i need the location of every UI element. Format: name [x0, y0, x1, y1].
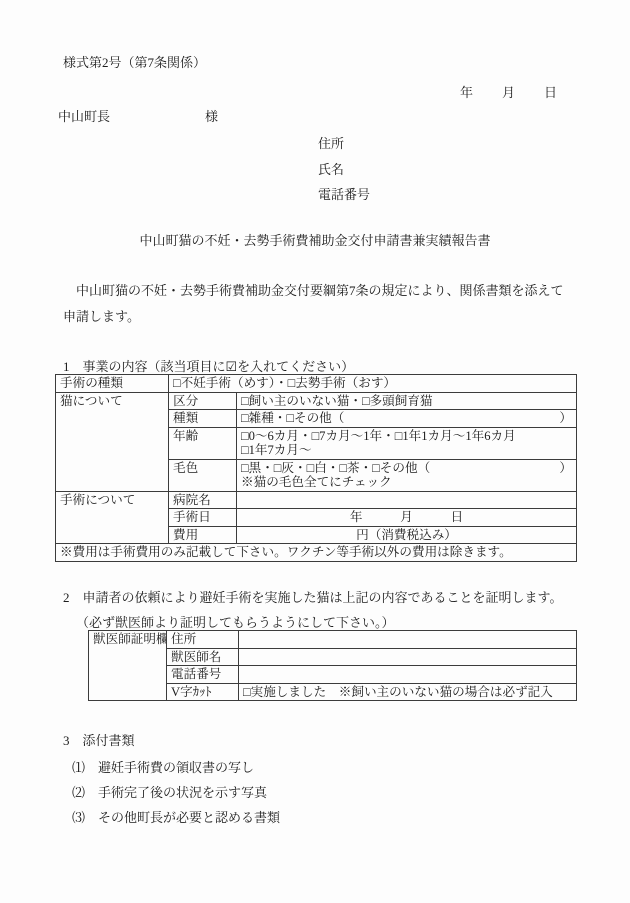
table-row: 手術について 病院名 [56, 491, 577, 509]
table-row: 獣医師証明欄 住所 [89, 631, 577, 649]
applicant-address-label: 住所 [318, 131, 370, 157]
cat-breed-close-paren: ） [559, 411, 572, 426]
surgery-group-label: 手術について [56, 491, 169, 544]
project-details-table: 手術の種類 □不妊手術（めす）・□去勢手術（おす） 猫について 区分 □飼い主の… [55, 374, 577, 562]
cat-breed-options: □雑種・□その他（ ） [237, 410, 577, 428]
addressee-name: 中山町長 [58, 109, 110, 124]
cat-color-label: 毛色 [169, 459, 237, 491]
addressee-line: 中山町長様 [58, 106, 218, 125]
table-row: ※費用は手術費用のみ記載して下さい。ワクチン等手術以外の費用は除きます。 [56, 544, 577, 562]
cost-footnote: ※費用は手術費用のみ記載して下さい。ワクチン等手術以外の費用は除きます。 [56, 544, 577, 562]
attachment-item-1: ⑴ 避妊手術費の領収書の写し [72, 755, 280, 780]
cat-color-options-text: □黒・□灰・□白・□茶・□その他（ [241, 461, 430, 476]
cat-group-label: 猫について [56, 392, 169, 491]
cat-breed-label: 種類 [169, 410, 237, 428]
surgery-date-label: 手術日 [169, 509, 237, 527]
form-number: 様式第2号（第7条関係） [63, 52, 206, 71]
attachment-item-2: ⑵ 手術完了後の状況を示す写真 [72, 780, 280, 805]
cost-label: 費用 [169, 526, 237, 544]
vet-certification-table: 獣医師証明欄 住所 獣医師名 電話番号 V字ｶｯﾄ □実施しました ※飼い主のい… [88, 630, 577, 701]
cat-color-note: ※猫の毛色全てにチェック [241, 475, 572, 490]
applicant-fields: 住所 氏名 電話番号 [318, 131, 370, 208]
cat-category-label: 区分 [169, 392, 237, 410]
attachments-list: ⑴ 避妊手術費の領収書の写し ⑵ 手術完了後の状況を示す写真 ⑶ その他町長が必… [72, 755, 280, 830]
cat-breed-options-text: □雑種・□その他（ [241, 411, 344, 426]
intro-paragraph: 中山町猫の不妊・去勢手術費補助金交付要綱第7条の規定により、関係書類を添えて申請… [63, 278, 575, 329]
cat-age-label: 年齢 [169, 427, 237, 459]
vet-address-label: 住所 [167, 631, 239, 649]
section3-heading: 3 添付書類 [63, 730, 135, 749]
attachment-item-3: ⑶ その他町長が必要と認める書類 [72, 805, 280, 830]
vet-phone-value [239, 666, 577, 684]
surgery-date-value: 年 月 日 [237, 509, 577, 527]
cost-value: 円（消費税込み） [237, 526, 577, 544]
hospital-name-value [237, 491, 577, 509]
surgery-type-label: 手術の種類 [56, 375, 169, 393]
vet-address-value [239, 631, 577, 649]
cat-age-options: □0～6カ月・□7カ月～1年・□1年1カ月～1年6カ月 □1年7カ月～ [237, 427, 577, 459]
cat-category-options: □飼い主のいない猫・□多頭飼育猫 [237, 392, 577, 410]
addressee-honorific: 様 [205, 109, 218, 124]
date-line: 年 月 日 [0, 82, 630, 101]
application-form-page: 様式第2号（第7条関係） 年 月 日 中山町長様 住所 氏名 電話番号 中山町猫… [0, 0, 630, 903]
table-row: 猫について 区分 □飼い主のいない猫・□多頭飼育猫 [56, 392, 577, 410]
vet-name-value [239, 648, 577, 666]
vet-phone-label: 電話番号 [167, 666, 239, 684]
vet-name-label: 獣医師名 [167, 648, 239, 666]
applicant-phone-label: 電話番号 [318, 182, 370, 208]
cat-age-options-line1: □0～6カ月・□7カ月～1年・□1年1カ月～1年6カ月 [241, 429, 572, 444]
v-cut-label: V字ｶｯﾄ [167, 683, 239, 701]
surgery-type-options: □不妊手術（めす）・□去勢手術（おす） [169, 375, 577, 393]
section2-heading: 2 申請者の依頼により避妊手術を実施した猫は上記の内容であることを証明します。（… [63, 585, 579, 635]
document-title: 中山町猫の不妊・去勢手術費補助金交付申請書兼実績報告書 [0, 230, 630, 249]
section1-heading: 1 事業の内容（該当項目に☑を入れてください） [63, 356, 354, 375]
vet-group-label: 獣医師証明欄 [89, 631, 167, 701]
cat-age-options-line2: □1年7カ月～ [241, 443, 572, 458]
cat-color-options: □黒・□灰・□白・□茶・□その他（ ） ※猫の毛色全てにチェック [237, 459, 577, 491]
hospital-name-label: 病院名 [169, 491, 237, 509]
cat-color-close-paren: ） [559, 461, 572, 476]
v-cut-options: □実施しました ※飼い主のいない猫の場合は必ず記入 [239, 683, 577, 701]
table-row: 手術の種類 □不妊手術（めす）・□去勢手術（おす） [56, 375, 577, 393]
applicant-name-label: 氏名 [318, 157, 370, 183]
